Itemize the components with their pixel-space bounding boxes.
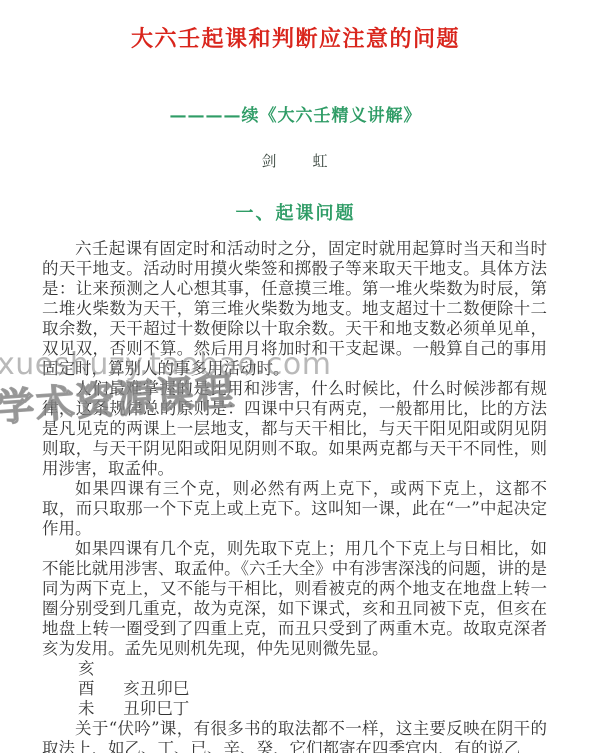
body-text: 六壬起课有固定时和活动时之分，固定时就用起算时当天和当时的天干地支。活动时用摸火…: [42, 239, 547, 753]
paragraph: 如果四课有几个克，则先取下克上；用几个下克上与日相比，如不能比就用涉害、取孟仲。…: [42, 539, 547, 659]
document-subtitle: ————续《大六壬精义讲解》: [0, 101, 591, 126]
course-chart-cell: 亥丑卯巳: [123, 679, 189, 698]
course-chart-row: 酉 亥丑卯巳: [78, 679, 547, 699]
author-name: 剑 虹: [0, 150, 591, 171]
course-chart-cell: 酉: [78, 679, 118, 699]
course-chart-cell: 丑卯巳丁: [123, 699, 189, 718]
course-chart-cell: 亥: [78, 659, 118, 679]
liuren-course-chart: 亥 酉 亥丑卯巳 未 丑卯巳丁: [42, 659, 547, 719]
paragraph: 人们最难掌握的是比用和涉害，什么时候比，什么时候涉都有规律，这条规律总的原则是：…: [42, 379, 547, 479]
course-chart-cell: 未: [78, 699, 118, 719]
page-title: 大六壬起课和判断应注意的问题: [0, 0, 591, 53]
paragraph: 如果四课有三个克，则必然有两上克下，或两下克上，这都不取，而只取那一个下克上或上…: [42, 479, 547, 539]
document-page: 大六壬起课和判断应注意的问题 ————续《大六壬精义讲解》 剑 虹 一、起课问题…: [0, 0, 591, 753]
course-chart-row: 未 丑卯巳丁: [78, 699, 547, 719]
paragraph: 关于“伏吟”课，有很多书的取法都不一样，这主要反映在阴干的取法上，如乙、丁、已、…: [42, 719, 547, 753]
course-chart-row: 亥: [78, 659, 547, 679]
section-heading: 一、起课问题: [0, 199, 591, 225]
paragraph: 六壬起课有固定时和活动时之分，固定时就用起算时当天和当时的天干地支。活动时用摸火…: [42, 239, 547, 379]
